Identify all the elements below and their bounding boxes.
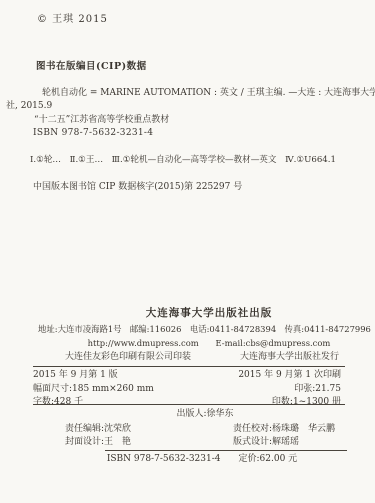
footer-price: 定价:62.00 元 [239,454,298,464]
cip-entry-line2: 社, 2015.9 [6,101,52,112]
divider-line-top [33,366,345,367]
divider-line-bottom [105,450,347,451]
cip-classification: Ⅰ.①轮… Ⅱ.①王… Ⅲ.①轮机—自动化—高等学校—教材—英文 Ⅳ.①U664… [30,155,336,166]
layout-design-line: 版式设计:解瑶瑶 [233,437,299,448]
proofreader-line: 责任校对:杨珠璐 华云鹏 [233,424,335,435]
cover-design-line: 封面设计:王 艳 [65,437,131,448]
editor-line: 责任编辑:沈荣欣 [65,424,131,435]
word-count-line: 字数:428 千 [33,397,83,408]
publisher-person-line: 出版人:徐华东 [30,409,375,420]
footer-isbn: ISBN 978-7-5632-3231-4 [107,454,221,464]
publisher-web-line: http://www.dmupress.com E-mail:cbs@dmupr… [34,338,375,349]
cip-heading: 图书在版编目(CIP)数据 [36,61,147,73]
publisher-imprint-line: 大连海事大学出版社出版 [34,307,375,320]
print-run-line: 印数:1~1300 册 [272,397,341,408]
edition-line: 2015 年 9 月第 1 版 [33,370,118,381]
series-note: “十二五”江苏省高等学校重点教材 [34,115,169,126]
printer-line: 大连佳友彩色印刷有限公司印装 [65,352,191,363]
sheets-line: 印张:21.75 [294,384,341,395]
cip-registry-number: 中国版本图书馆 CIP 数据核字(2015)第 225297 号 [33,182,242,193]
distributor-line: 大连海事大学出版社发行 [240,352,339,363]
divider-line-middle [33,404,345,405]
book-copyright-page: © 王琪 2015 图书在版编目(CIP)数据 轮机自动化 = MARINE A… [0,0,375,503]
impression-line: 2015 年 9 月第 1 次印刷 [238,370,341,381]
copyright-notice: © 王琪 2015 [37,14,108,27]
cip-entry-line1: 轮机自动化 = MARINE AUTOMATION : 英文 / 王琪主编. —… [42,88,375,99]
publisher-address-line: 地址:大连市凌海路1号 邮编:116026 电话:0411-84728394 传… [38,324,371,335]
format-line: 幅面尺寸:185 mm×260 mm [33,384,154,395]
cip-isbn: ISBN 978-7-5632-3231-4 [33,128,153,139]
footer-isbn-price: ISBN 978-7-5632-3231-4定价:62.00 元 [27,454,375,465]
